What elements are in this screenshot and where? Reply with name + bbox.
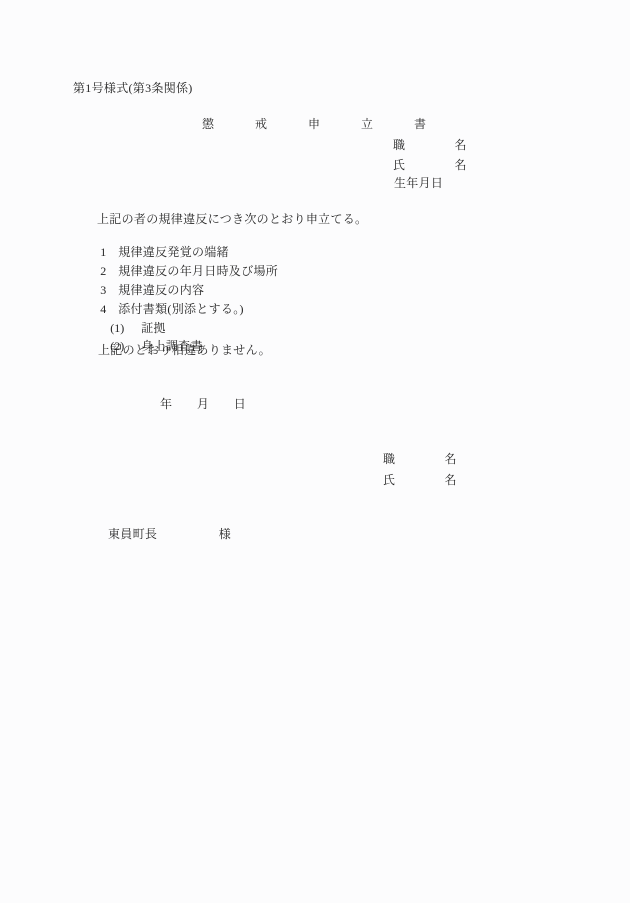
subject-name-label: 氏 名	[393, 158, 467, 172]
submitter-position-label: 職 名	[383, 452, 457, 466]
subject-position-label: 職 名	[393, 138, 467, 152]
document-title: 懲戒申立書	[202, 117, 467, 131]
closing-statement: 上記のとおり相違ありません。	[98, 343, 271, 357]
submitter-name-label: 氏 名	[383, 473, 457, 487]
document-page: 第1号様式(第3条関係) 懲戒申立書 職 名 氏 名 生年月日 上記の者の規律違…	[0, 0, 630, 903]
date-line: 年 月 日	[160, 397, 246, 411]
addressee-line: 東員町長 様	[108, 527, 231, 541]
subject-birthdate-label: 生年月日	[394, 176, 443, 190]
form-number: 第1号様式(第3条関係)	[73, 81, 193, 95]
intro-text: 上記の者の規律違反につき次のとおり申立てる。	[97, 212, 367, 226]
